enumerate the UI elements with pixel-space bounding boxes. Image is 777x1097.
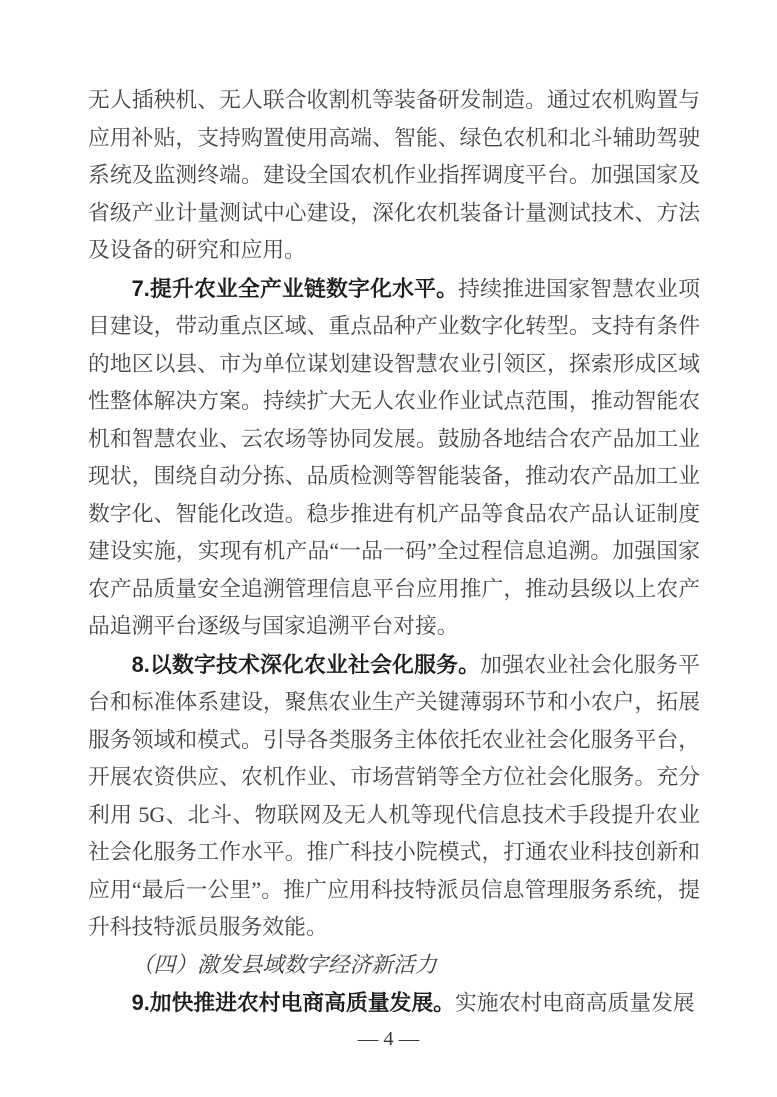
paragraph-text: 无人插秧机、无人联合收割机等装备研发制造。通过农机购置与应用补贴，支持购置使用高… bbox=[88, 88, 700, 262]
document-page: 无人插秧机、无人联合收割机等装备研发制造。通过农机购置与应用补贴，支持购置使用高… bbox=[0, 0, 777, 1097]
paragraph-lead: 9.加快推进农村电商高质量发展。 bbox=[132, 990, 455, 1015]
paragraph-text: 加强农业社会化服务平台和标准体系建设，聚焦农业生产关键薄弱环节和小农户，拓展服务… bbox=[88, 653, 700, 940]
paragraph-text: 持续推进国家智慧农业项目建设，带动重点区域、重点品种产业数字化转型。支持有条件的… bbox=[88, 277, 700, 639]
paragraph: 9.加快推进农村电商高质量发展。实施农村电商高质量发展 bbox=[88, 984, 700, 1023]
document-body: 无人插秧机、无人联合收割机等装备研发制造。通过农机购置与应用补贴，支持购置使用高… bbox=[88, 82, 700, 1023]
page-footer: — 4 — bbox=[0, 1026, 777, 1052]
paragraph-text: 实施农村电商高质量发展 bbox=[455, 991, 695, 1015]
paragraph: 8.以数字技术深化农业社会化服务。加强农业社会化服务平台和标准体系建设，聚焦农业… bbox=[88, 646, 700, 947]
subsection-heading: （四）激发县域数字经济新活力 bbox=[88, 947, 700, 985]
paragraph: 无人插秧机、无人联合收割机等装备研发制造。通过农机购置与应用补贴，支持购置使用高… bbox=[88, 82, 700, 270]
page-number: — 4 — bbox=[358, 1028, 420, 1050]
paragraph-lead: 7.提升农业全产业链数字化水平。 bbox=[132, 276, 459, 301]
paragraph-lead: 8.以数字技术深化农业社会化服务。 bbox=[132, 652, 481, 677]
paragraph: 7.提升农业全产业链数字化水平。持续推进国家智慧农业项目建设，带动重点区域、重点… bbox=[88, 270, 700, 646]
subsection-heading-text: （四）激发县域数字经济新活力 bbox=[132, 953, 437, 977]
